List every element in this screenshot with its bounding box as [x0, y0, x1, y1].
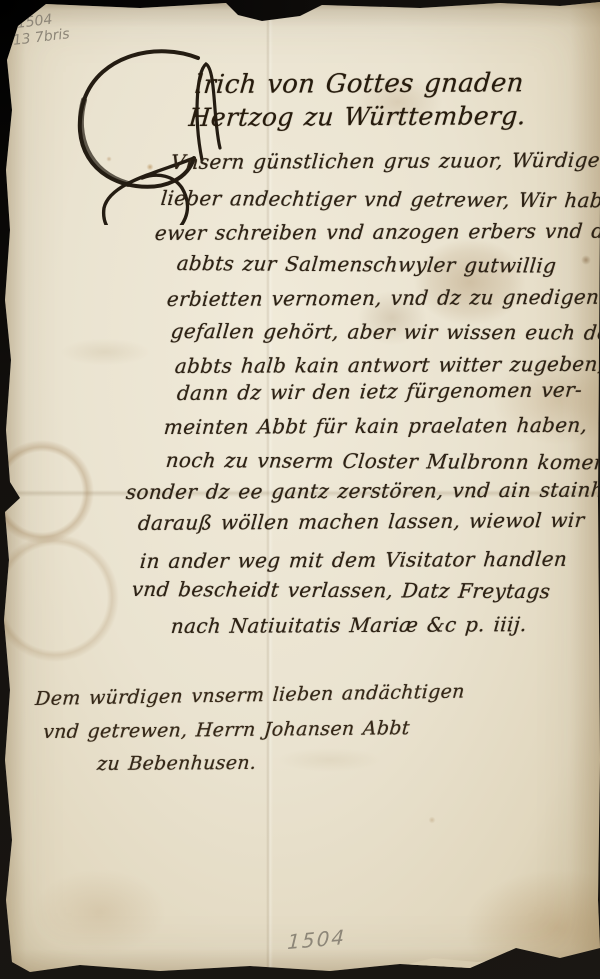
- body-line: erbietten vernomen, vnd dz zu gnedigen: [166, 285, 600, 311]
- body-line: Vnsern günstlichen grus zuuor, Würdiger: [170, 148, 600, 174]
- address-line: Dem würdigen vnserm lieben andächtigen: [34, 681, 465, 710]
- body-line: in ander weg mit dem Visitator handlen: [139, 547, 568, 573]
- heading-line-1: lrich von Gottes gnaden: [194, 68, 525, 100]
- body-line: sonder dz ee gantz zerstören, vnd ain st…: [125, 477, 600, 504]
- manuscript-page: 1504 13 7bris lrich von Gottes gnaden He…: [0, 0, 600, 979]
- body-line: darauß wöllen machen lassen, wiewol wir: [137, 508, 585, 535]
- body-line: vnd bescheidt verlassen, Datz Freytags: [131, 577, 552, 603]
- heading-line-2: Hertzog zu Württemberg.: [188, 101, 527, 132]
- body-line: abbts zur Salmenschwyler gutwillig: [176, 251, 558, 278]
- body-line: abbts halb kain antwort witter zugeben,: [174, 352, 600, 378]
- body-line: meinten Abbt für kain praelaten haben,: [163, 413, 588, 439]
- address-line: zu Bebenhusen.: [96, 752, 257, 775]
- body-line: gefallen gehört, aber wir wissen euch de…: [170, 319, 600, 345]
- body-line: nach Natiuitatis Mariæ &c p. iiij.: [170, 612, 528, 638]
- scan-background: 1504 13 7bris lrich von Gottes gnaden He…: [0, 0, 600, 979]
- body-line: lieber andechtiger vnd getrewer, Wir hab…: [160, 186, 600, 212]
- body-line: noch zu vnserm Closter Mulbronn komen,: [165, 448, 600, 474]
- pencil-year-annotation-bottom: 1504: [287, 925, 347, 954]
- body-line: ewer schreiben vnd anzogen erbers vnd de…: [154, 219, 600, 245]
- address-line: vnd getrewen, Herrn Johansen Abbt: [42, 717, 410, 743]
- body-line: dann dz wir den ietz fürgenomen ver-: [176, 377, 583, 405]
- torn-paper-chip: [400, 958, 510, 978]
